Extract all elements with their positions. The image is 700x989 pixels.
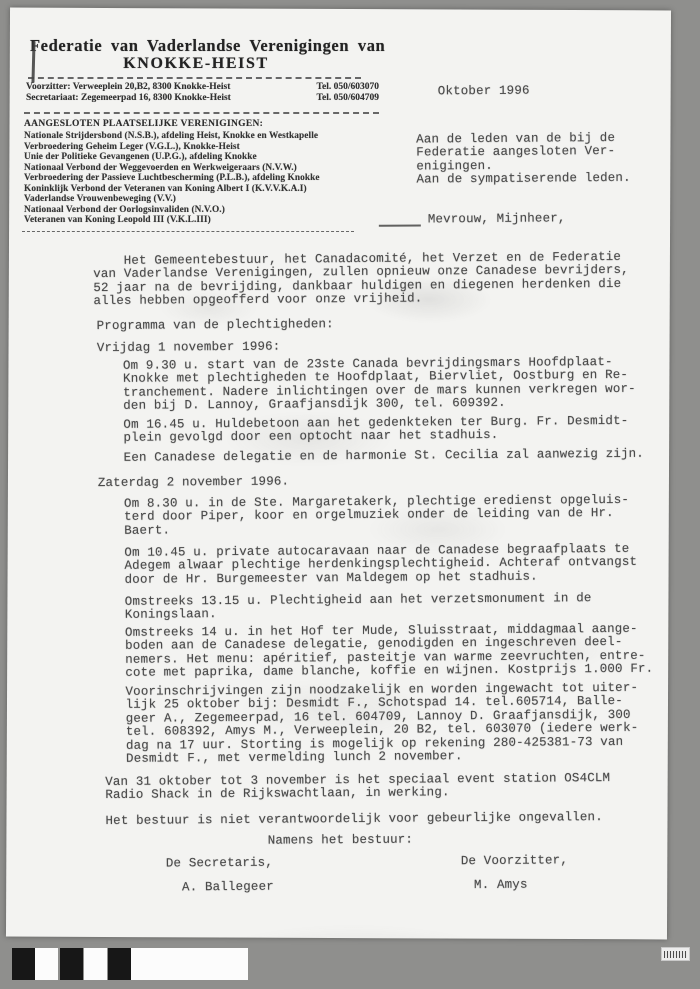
paragraph-saturday-1045: Om 10.45 u. private autocaravaan naar de… [124, 543, 637, 587]
calibration-square-white [35, 948, 58, 980]
addressee-block: Aan de leden van de bij de Federatie aan… [416, 132, 631, 187]
salutation: Mevrouw, Mijnheer, [428, 212, 566, 226]
paragraph-disclaimer: Het bestuur is niet verantwoordelijk voo… [105, 811, 602, 828]
calibration-square-black [12, 948, 35, 980]
ink-line [379, 224, 421, 226]
paragraph-friday-heading: Vrijdag 1 november 1996: [97, 341, 281, 356]
scanner-background: Federatie van Vaderlandse Verenigingen v… [0, 0, 700, 989]
calibration-white-bar [131, 948, 248, 980]
paragraph-friday-0930: Om 9.30 u. start van de 23ste Canada bev… [123, 356, 636, 414]
secretary-name: A. Ballegeer [182, 881, 274, 895]
secretary-role: De Secretaris, [166, 857, 273, 871]
paragraph-registration: Voorinschrijvingen zijn noodzakelijk en … [125, 682, 638, 766]
paragraph-friday-1645: Om 16.45 u. Huldebetoon aan het gedenkte… [123, 415, 628, 446]
calibration-square-black [108, 948, 131, 980]
paragraph-intro: Het Gemeentebestuur, het Canadacomité, h… [93, 251, 629, 309]
letter-date: Oktober 1996 [438, 85, 530, 99]
closing-on-behalf: Namens het bestuur: [268, 834, 413, 849]
calibration-square-black [60, 948, 83, 980]
letter-body: Oktober 1996 Aan de leden van de bij de … [0, 0, 700, 989]
scan-id-microtext [664, 951, 687, 958]
paragraph-saturday-0830: Om 8.30 u. in de Ste. Margaretakerk, ple… [124, 494, 629, 538]
paragraph-saturday-1315: Omstreeks 13.15 u. Plechtigheid aan het … [125, 592, 592, 622]
calibration-square-white [84, 948, 107, 980]
chairman-name: M. Amys [474, 879, 528, 893]
chairman-role: De Voorzitter, [461, 854, 568, 868]
paragraph-saturday-heading: Zaterdag 2 november 1996. [98, 475, 289, 490]
paragraph-saturday-1400: Omstreeks 14 u. in het Hof ter Mude, Slu… [125, 623, 653, 681]
scan-id-label [661, 947, 690, 961]
paragraph-program-heading: Programma van de plechtigheden: [97, 318, 334, 333]
paragraph-delegation: Een Canadese delegatie en de harmonie St… [124, 448, 644, 465]
paragraph-radio-station: Van 31 oktober tot 3 november is het spe… [105, 772, 610, 803]
